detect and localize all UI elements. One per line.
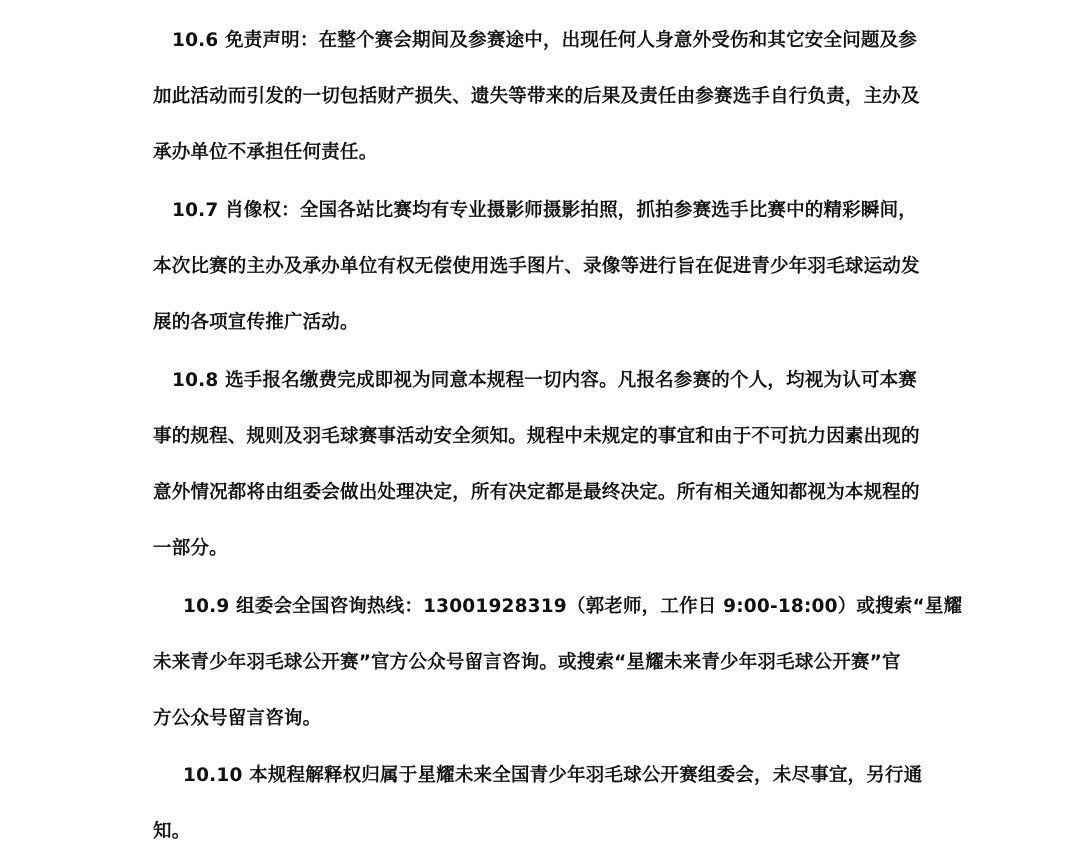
paragraph-line: 10.7 肖像权：全国各站比赛均有专业摄影师摄影拍照，抓拍参赛选手比赛中的精彩瞬…	[172, 199, 917, 223]
paragraph-line: 知。	[153, 820, 190, 844]
paragraph-line: 方公众号留言咨询。	[153, 707, 321, 731]
paragraph-line: 加此活动而引发的一切包括财产损失、遗失等带来的后果及责任由参赛选手自行负责，主办…	[153, 85, 920, 109]
paragraph-line: 承办单位不承担任何责任。	[153, 141, 377, 165]
paragraph-line: 10.10 本规程解释权归属于星耀未来全国青少年羽毛球公开赛组委会，未尽事宜，另…	[183, 764, 922, 788]
paragraph-line: 本次比赛的主办及承办单位有权无偿使用选手图片、录像等进行旨在促进青少年羽毛球运动…	[153, 255, 920, 279]
paragraph-line: 展的各项宣传推广活动。	[153, 311, 359, 335]
paragraph-line: 10.6 免责声明：在整个赛会期间及参赛途中，出现任何人身意外受伤和其它安全问题…	[172, 29, 917, 53]
paragraph-line: 10.8 选手报名缴费完成即视为同意本规程一切内容。凡报名参赛的个人，均视为认可…	[172, 369, 917, 393]
paragraph-line: 事的规程、规则及羽毛球赛事活动安全须知。规程中未规定的事宜和由于不可抗力因素出现…	[153, 425, 920, 449]
paragraph-line: 未来青少年羽毛球公开赛”官方公众号留言咨询。或搜索“星耀未来青少年羽毛球公开赛”…	[153, 651, 901, 675]
paragraph-line: 10.9 组委会全国咨询热线：13001928319（郭老师，工作日 9:00-…	[183, 595, 962, 619]
paragraph-line: 意外情况都将由组委会做出处理决定，所有决定都是最终决定。所有相关通知都视为本规程…	[153, 481, 920, 505]
paragraph-line: 一部分。	[153, 537, 228, 561]
